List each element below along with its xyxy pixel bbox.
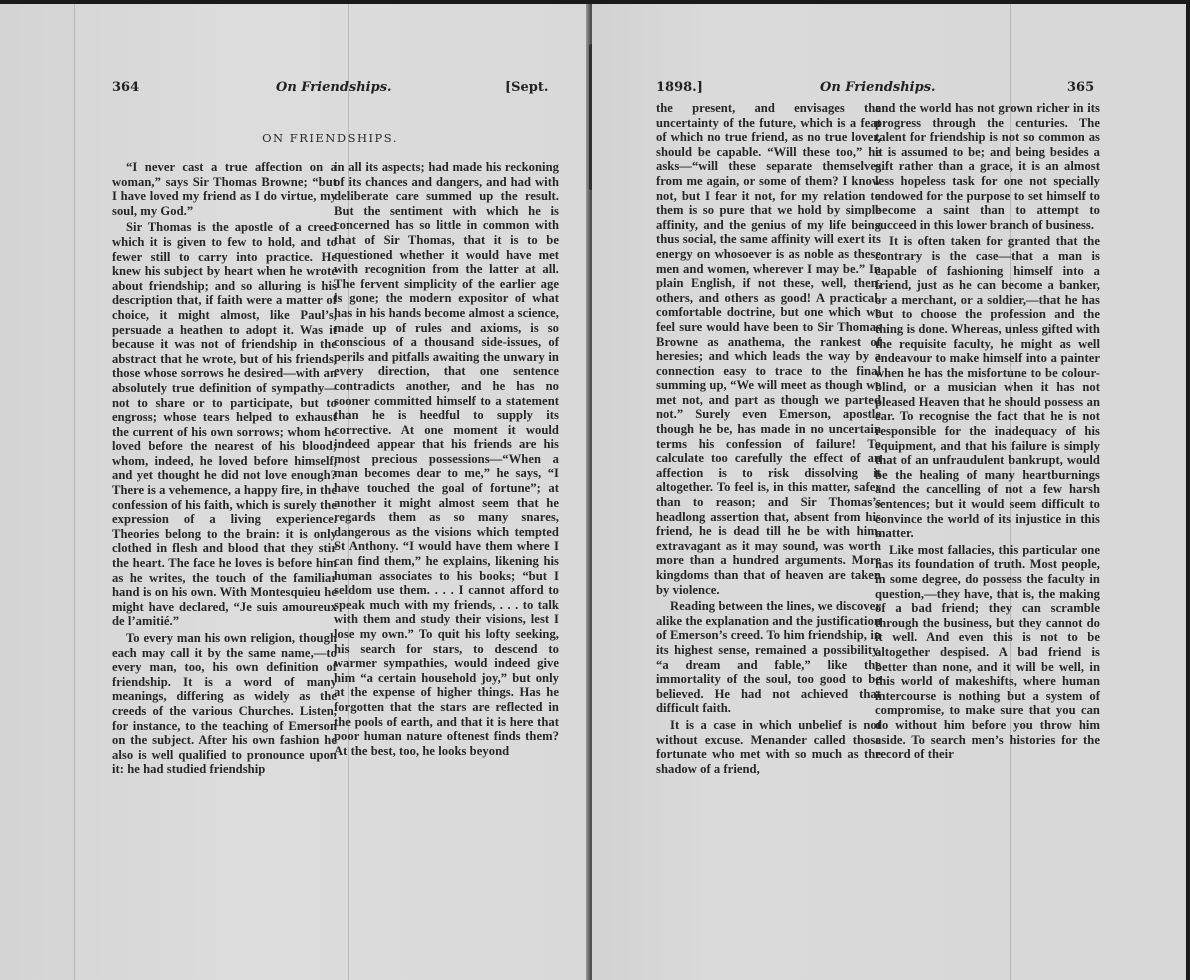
left-page-column-1: “I never cast a true affection on a woma… <box>112 160 337 777</box>
scan-edge <box>1186 0 1190 980</box>
paragraph: Reading between the lines, we discover a… <box>656 599 881 716</box>
right-page-column-1: the present, and envisages the uncertain… <box>656 101 881 776</box>
paragraph: “I never cast a true affection on a woma… <box>112 160 337 218</box>
right-page: 1898.] On Friendships. 365 the present, … <box>592 4 1186 980</box>
paragraph: To every man his own religion, though ea… <box>112 631 337 777</box>
book-spread: 364 On Friendships. [Sept. ON FRIENDSHIP… <box>0 4 1186 980</box>
paragraph: and the world has not grown richer in it… <box>875 101 1100 232</box>
paragraph: It is a case in which unbelief is not wi… <box>656 718 881 776</box>
left-page-column-2: in all its aspects; had made his reckoni… <box>334 160 559 758</box>
left-page: 364 On Friendships. [Sept. ON FRIENDSHIP… <box>0 4 590 980</box>
date-mark: 1898.] <box>656 80 703 95</box>
left-page-rule <box>74 4 75 980</box>
running-title: On Friendships. <box>820 80 936 95</box>
paragraph: It is often taken for granted that the c… <box>875 234 1100 540</box>
running-title: On Friendships. <box>276 80 392 95</box>
article-title: ON FRIENDSHIPS. <box>100 131 560 145</box>
paragraph: Sir Thomas is the apostle of a creed whi… <box>112 220 337 629</box>
paragraph: Like most fallacies, this particular one… <box>875 543 1100 762</box>
date-mark: [Sept. <box>505 80 548 95</box>
page-number: 365 <box>1067 80 1094 95</box>
page-number: 364 <box>112 80 139 95</box>
paragraph: in all its aspects; had made his reckoni… <box>334 160 559 758</box>
paragraph: the present, and envisages the uncertain… <box>656 101 881 597</box>
right-page-column-2: and the world has not grown richer in it… <box>875 101 1100 762</box>
